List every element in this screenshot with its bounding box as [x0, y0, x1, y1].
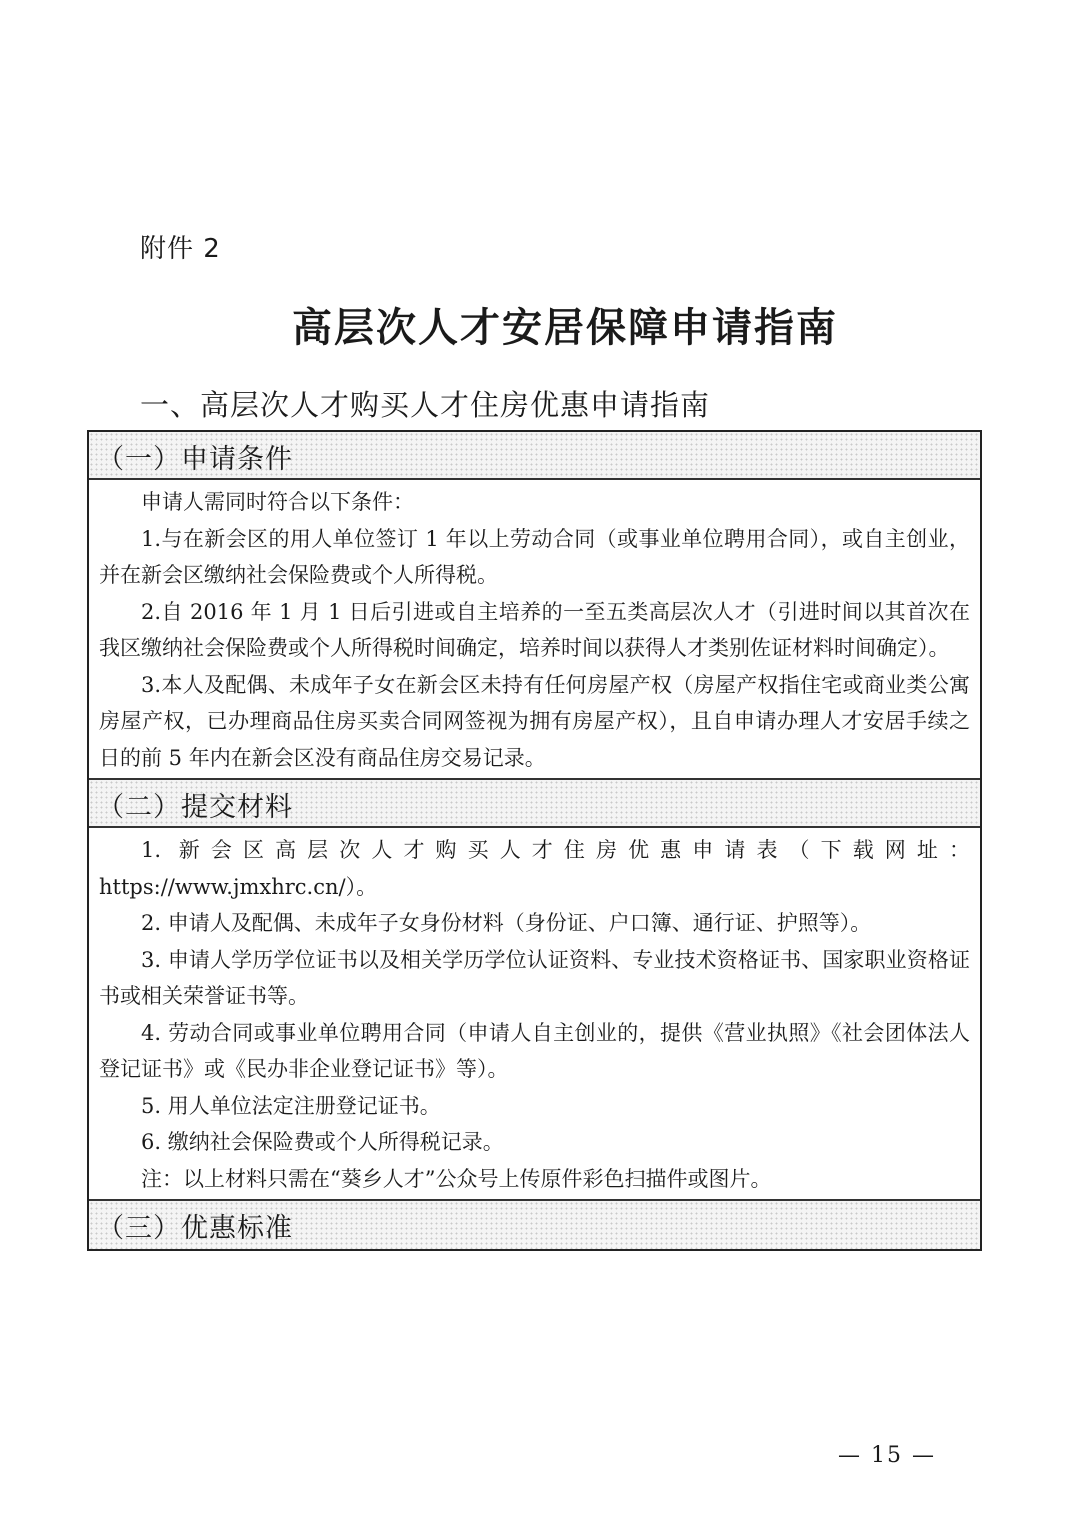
condition-item: 2.自 2016 年 1 月 1 日后引进或自主培养的一至五类高层次人才（引进时… [99, 594, 970, 667]
material-item: 6. 缴纳社会保险费或个人所得税记录。 [99, 1124, 970, 1161]
material-note: 注：以上材料只需在“葵乡人才”公众号上传原件彩色扫描件或图片。 [99, 1161, 970, 1198]
material-item: 1. 新会区高层次人才购买人才住房优惠申请表（下载网址：https://www.… [99, 832, 970, 905]
document-title: 高层次人才安居保障申请指南 [0, 296, 1080, 353]
material-item: 5. 用人单位法定注册登记证书。 [99, 1088, 970, 1125]
material-item: 4. 劳动合同或事业单位聘用合同（申请人自主创业的，提供《营业执照》《社会团体法… [99, 1015, 970, 1088]
guide-table: （一）申请条件 申请人需同时符合以下条件： 1.与在新会区的用人单位签订 1 年… [87, 430, 982, 1251]
page-number: — 15 — [838, 1443, 936, 1468]
section-body-materials: 1. 新会区高层次人才购买人才住房优惠申请表（下载网址：https://www.… [89, 828, 980, 1201]
section-heading-materials: （二）提交材料 [89, 780, 980, 828]
attachment-label: 附件 2 [140, 228, 221, 265]
condition-item: 1.与在新会区的用人单位签订 1 年以上劳动合同（或事业单位聘用合同），或自主创… [99, 521, 970, 594]
section-heading-conditions: （一）申请条件 [89, 432, 980, 480]
material-item: 3. 申请人学历学位证书以及相关学历学位认证资料、专业技术资格证书、国家职业资格… [99, 942, 970, 1015]
condition-intro: 申请人需同时符合以下条件： [99, 484, 970, 521]
section-body-conditions: 申请人需同时符合以下条件： 1.与在新会区的用人单位签订 1 年以上劳动合同（或… [89, 480, 980, 780]
material-item: 2. 申请人及配偶、未成年子女身份材料（身份证、户口簿、通行证、护照等）。 [99, 905, 970, 942]
section-heading: 一、高层次人才购买人才住房优惠申请指南 [140, 383, 710, 424]
condition-item: 3.本人及配偶、未成年子女在新会区未持有任何房屋产权（房屋产权指住宅或商业类公寓… [99, 667, 970, 777]
section-heading-benefits: （三）优惠标准 [89, 1201, 980, 1249]
